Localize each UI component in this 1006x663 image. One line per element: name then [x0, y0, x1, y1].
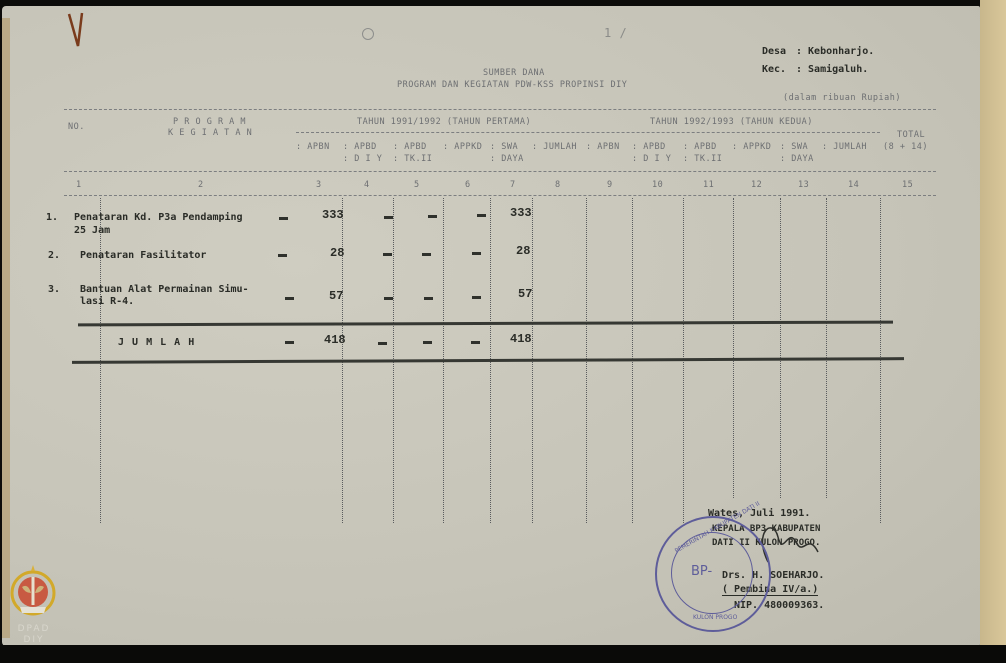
header-year1: TAHUN 1991/1992 (TAHUN PERTAMA)	[357, 117, 531, 127]
col-divider	[826, 198, 827, 498]
row-3-dash	[285, 297, 294, 300]
subcol-swadaya-2-l2: : DAYA	[780, 154, 814, 164]
kec-value: : Samigaluh.	[796, 64, 868, 75]
watermark-text: DPAD DIY	[14, 624, 54, 646]
subcol-apbd-tk2-1: : APBD	[393, 142, 427, 152]
row-1-apbn: 333	[322, 208, 344, 222]
row-1-dash	[279, 217, 288, 220]
subcol-apbd-tk2-2: : APBD	[683, 142, 717, 152]
colnum-8: 8	[555, 180, 561, 190]
row-2-swadaya: 28	[516, 244, 530, 258]
col-divider	[780, 198, 781, 498]
colnum-14: 14	[848, 180, 859, 190]
subcol-apbd-diy-2: : APBD	[632, 142, 666, 152]
row-3-swadaya: 57	[518, 287, 532, 301]
kec-label: Kec.	[762, 64, 786, 75]
col-divider	[880, 198, 881, 523]
header-total-formula: (8 + 14)	[883, 142, 928, 152]
row-1-swadaya: 333	[510, 206, 532, 220]
handwritten-check-icon	[66, 10, 90, 50]
unit-note: (dalam ribuan Rupiah)	[783, 93, 901, 103]
colnum-5: 5	[414, 180, 420, 190]
punch-hole-mark	[362, 28, 374, 40]
colnum-9: 9	[607, 180, 613, 190]
total-apbn: 418	[324, 333, 346, 347]
subcol-jumlah-2: : JUMLAH	[822, 142, 867, 152]
header-kegiatan: K E G I A T A N	[168, 128, 252, 138]
row-1-kegiatan: Penataran Kd. P3a Pendamping	[74, 212, 243, 223]
subcol-apbd-tk2-1-l2: : TK.II	[393, 154, 432, 164]
total-swadaya: 418	[510, 332, 532, 346]
subcol-apbd-diy-1: : APBD	[343, 142, 377, 152]
header-no: NO.	[68, 122, 85, 132]
row-3-kegiatan-line2: lasi R-4.	[80, 296, 134, 307]
header-bottom-rule	[64, 171, 936, 172]
colnum-bottom-rule	[64, 195, 936, 196]
subcol-apbd-diy-2-l2: : D I Y	[632, 154, 671, 164]
row-2-kegiatan: Penataran Fasilitator	[80, 250, 206, 261]
subcol-apbd-diy-1-l2: : D I Y	[343, 154, 382, 164]
colnum-4: 4	[364, 180, 370, 190]
total-apbd-tk2	[423, 341, 432, 344]
desa-value: : Kebonharjo.	[796, 46, 874, 57]
subcol-appkd-1: : APPKD	[443, 142, 482, 152]
row-3-apbd-tk2	[424, 297, 433, 300]
subcol-swadaya-2: : SWA	[780, 142, 808, 152]
row-1-no: 1.	[46, 212, 58, 223]
header-mid-rule	[296, 132, 880, 133]
subcol-jumlah-1: : JUMLAH	[532, 142, 577, 152]
document-backing	[980, 0, 1006, 650]
top-mark: 1 /	[604, 26, 627, 40]
stamp-center-text: BP-	[691, 564, 712, 579]
colnum-1: 1	[76, 180, 82, 190]
colnum-3: 3	[316, 180, 322, 190]
watermark-line1: DPAD	[14, 624, 54, 635]
subcol-apbn-2: : APBN	[586, 142, 620, 152]
colnum-6: 6	[465, 180, 471, 190]
page-edge	[2, 18, 10, 638]
subcol-apbd-tk2-2-l2: : TK.II	[683, 154, 722, 164]
row-2-apbd-tk2	[422, 253, 431, 256]
row-2-apbd-diy	[383, 253, 392, 256]
scan-border	[0, 645, 1006, 663]
subcol-appkd-2: : APPKD	[732, 142, 771, 152]
row-2-apbn: 28	[330, 246, 344, 260]
colnum-11: 11	[703, 180, 714, 190]
row-3-appkd	[472, 296, 481, 299]
header-total: TOTAL	[897, 130, 925, 140]
row-2-appkd	[472, 252, 481, 255]
header-top-rule	[64, 109, 936, 110]
colnum-10: 10	[652, 180, 663, 190]
colnum-2: 2	[198, 180, 204, 190]
colnum-7: 7	[510, 180, 516, 190]
total-label: J U M L A H	[118, 337, 195, 348]
colnum-13: 13	[798, 180, 809, 190]
subcol-swadaya-1: : SWA	[490, 142, 518, 152]
total-appkd	[471, 341, 480, 344]
total-dash	[285, 341, 294, 344]
colnum-15: 15	[902, 180, 913, 190]
col-divider	[733, 198, 734, 498]
subcol-apbn-1: : APBN	[296, 142, 330, 152]
dpad-diy-logo-icon	[10, 563, 56, 619]
colnum-12: 12	[751, 180, 762, 190]
row-1-apbd-tk2	[428, 215, 437, 218]
stamp-bottom-text: KULON PROGO	[693, 614, 737, 621]
row-2-no: 2.	[48, 250, 60, 261]
subcol-swadaya-1-l2: : DAYA	[490, 154, 524, 164]
desa-label: Desa	[762, 46, 786, 57]
row-1-kegiatan-line2: 25 Jam	[74, 225, 110, 236]
total-apbd-diy	[378, 342, 387, 345]
row-3-kegiatan: Bantuan Alat Permainan Simu-	[80, 284, 249, 295]
row-3-apbd-diy	[384, 297, 393, 300]
row-1-apbd-diy	[384, 216, 393, 219]
title-program: PROGRAM DAN KEGIATAN PDW-KSS PROPINSI DI…	[397, 80, 627, 90]
row-1-appkd	[477, 214, 486, 217]
row-2-dash	[278, 254, 287, 257]
watermark-line2: DIY	[14, 635, 54, 646]
header-program: P R O G R A M	[173, 117, 246, 127]
header-year2: TAHUN 1992/1993 (TAHUN KEDUA)	[650, 117, 813, 127]
row-3-apbn: 57	[329, 289, 343, 303]
official-stamp: BP- PEMERINTAH KABUPATEN DATI II KULON P…	[655, 516, 771, 632]
row-3-no: 3.	[48, 284, 60, 295]
title-sumber-dana: SUMBER DANA	[483, 68, 545, 78]
